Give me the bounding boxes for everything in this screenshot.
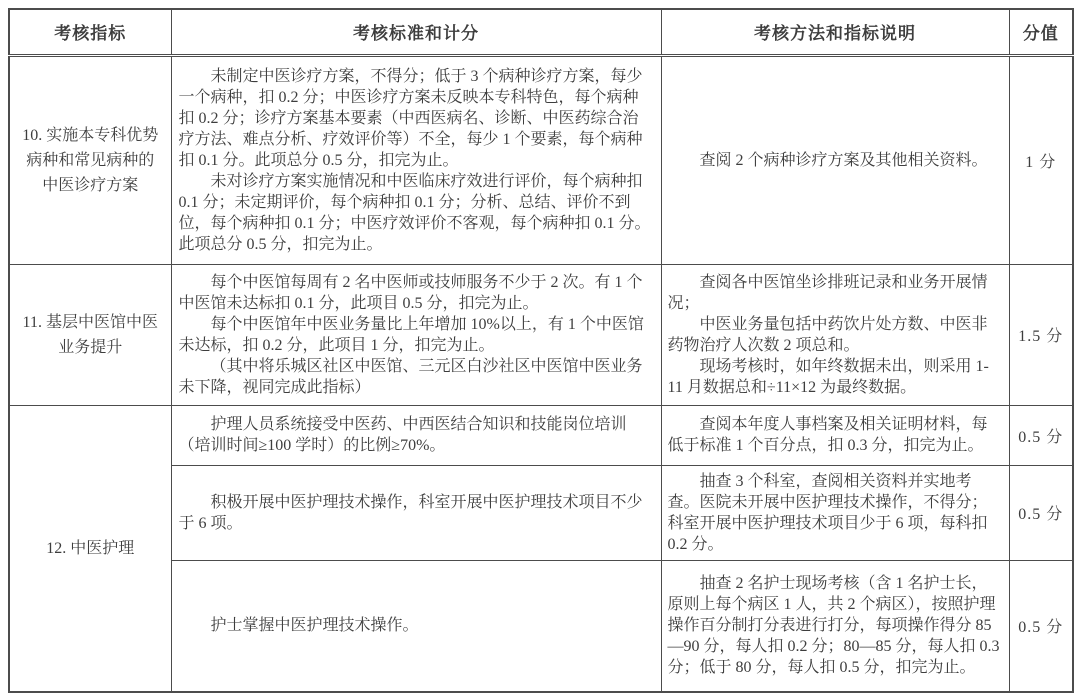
- score-cell-12-sub3: 0.5 分: [1009, 560, 1073, 692]
- methods-cell-12-sub3: 抽查 2 名护士现场考核（含 1 名护士长，原则上每个病区 1 人，共 2 个病…: [661, 560, 1009, 692]
- indicator-cell-12: 12. 中医护理: [9, 405, 171, 692]
- standards-cell-10: 未制定中医诊疗方案，不得分；低于 3 个病种诊疗方案，每少一个病种，扣 0.2 …: [171, 55, 661, 264]
- method-paragraph: 抽查 2 名护士现场考核（含 1 名护士长，原则上每个病区 1 人，共 2 个病…: [668, 573, 1003, 678]
- header-indicator: 考核指标: [9, 9, 171, 55]
- standard-paragraph: 每个中医馆年中医业务量比上年增加 10%以上，有 1 个中医馆未达标，扣 0.2…: [179, 314, 654, 356]
- standards-cell-12-sub3: 护士掌握中医护理技术操作。: [171, 560, 661, 692]
- assessment-table: 考核指标 考核标准和计分 考核方法和指标说明 分值 10. 实施本专科优势病种和…: [8, 8, 1074, 693]
- standard-paragraph: 每个中医馆每周有 2 名中医师或技师服务不少于 2 次。有 1 个中医馆未达标扣…: [179, 272, 654, 314]
- indicator-cell-10: 10. 实施本专科优势病种和常见病种的中医诊疗方案: [9, 55, 171, 264]
- table-row-12-sub1: 12. 中医护理 护理人员系统接受中医药、中西医结合知识和技能岗位培训（培训时间…: [9, 405, 1073, 465]
- header-score: 分值: [1009, 9, 1073, 55]
- table-row-11: 11. 基层中医馆中医业务提升 每个中医馆每周有 2 名中医师或技师服务不少于 …: [9, 264, 1073, 405]
- standards-cell-11: 每个中医馆每周有 2 名中医师或技师服务不少于 2 次。有 1 个中医馆未达标扣…: [171, 264, 661, 405]
- header-methods: 考核方法和指标说明: [661, 9, 1009, 55]
- methods-cell-11: 查阅各中医馆坐诊排班记录和业务开展情况； 中医业务量包括中药饮片处方数、中医非药…: [661, 264, 1009, 405]
- method-paragraph: 查阅 2 个病种诊疗方案及其他相关资料。: [668, 150, 1003, 171]
- score-cell-12-sub1: 0.5 分: [1009, 405, 1073, 465]
- method-paragraph: 现场考核时，如年终数据未出，则采用 1-11 月数据总和÷11×12 为最终数据…: [668, 356, 1003, 398]
- standard-paragraph: 未制定中医诊疗方案，不得分；低于 3 个病种诊疗方案，每少一个病种，扣 0.2 …: [179, 66, 654, 171]
- method-paragraph: 查阅各中医馆坐诊排班记录和业务开展情况；: [668, 272, 1003, 314]
- standards-cell-12-sub2: 积极开展中医护理技术操作，科室开展中医护理技术项目不少于 6 项。: [171, 465, 661, 560]
- standards-cell-12-sub1: 护理人员系统接受中医药、中西医结合知识和技能岗位培训（培训时间≥100 学时）的…: [171, 405, 661, 465]
- indicator-cell-11: 11. 基层中医馆中医业务提升: [9, 264, 171, 405]
- methods-cell-10: 查阅 2 个病种诊疗方案及其他相关资料。: [661, 55, 1009, 264]
- standard-paragraph: 积极开展中医护理技术操作，科室开展中医护理技术项目不少于 6 项。: [179, 492, 654, 534]
- methods-cell-12-sub2: 抽查 3 个科室，查阅相关资料并实地考查。医院未开展中医护理技术操作，不得分；科…: [661, 465, 1009, 560]
- standard-paragraph: 护士掌握中医护理技术操作。: [179, 615, 654, 636]
- table-row-10: 10. 实施本专科优势病种和常见病种的中医诊疗方案 未制定中医诊疗方案，不得分；…: [9, 55, 1073, 264]
- methods-cell-12-sub1: 查阅本年度人事档案及相关证明材料，每低于标准 1 个百分点，扣 0.3 分，扣完…: [661, 405, 1009, 465]
- method-paragraph: 抽查 3 个科室，查阅相关资料并实地考查。医院未开展中医护理技术操作，不得分；科…: [668, 471, 1003, 555]
- table-header-row: 考核指标 考核标准和计分 考核方法和指标说明 分值: [9, 9, 1073, 55]
- score-cell-12-sub2: 0.5 分: [1009, 465, 1073, 560]
- standard-paragraph: 未对诊疗方案实施情况和中医临床疗效进行评价，每个病种扣 0.1 分；未定期评价，…: [179, 171, 654, 255]
- standard-paragraph: （其中将乐城区社区中医馆、三元区白沙社区中医馆中医业务未下降，视同完成此指标）: [179, 356, 654, 398]
- header-standards: 考核标准和计分: [171, 9, 661, 55]
- score-cell-11: 1.5 分: [1009, 264, 1073, 405]
- document-page: 考核指标 考核标准和计分 考核方法和指标说明 分值 10. 实施本专科优势病种和…: [0, 0, 1080, 699]
- method-paragraph: 查阅本年度人事档案及相关证明材料，每低于标准 1 个百分点，扣 0.3 分，扣完…: [668, 414, 1003, 456]
- score-cell-10: 1 分: [1009, 55, 1073, 264]
- method-paragraph: 中医业务量包括中药饮片处方数、中医非药物治疗人次数 2 项总和。: [668, 314, 1003, 356]
- standard-paragraph: 护理人员系统接受中医药、中西医结合知识和技能岗位培训（培训时间≥100 学时）的…: [179, 414, 654, 456]
